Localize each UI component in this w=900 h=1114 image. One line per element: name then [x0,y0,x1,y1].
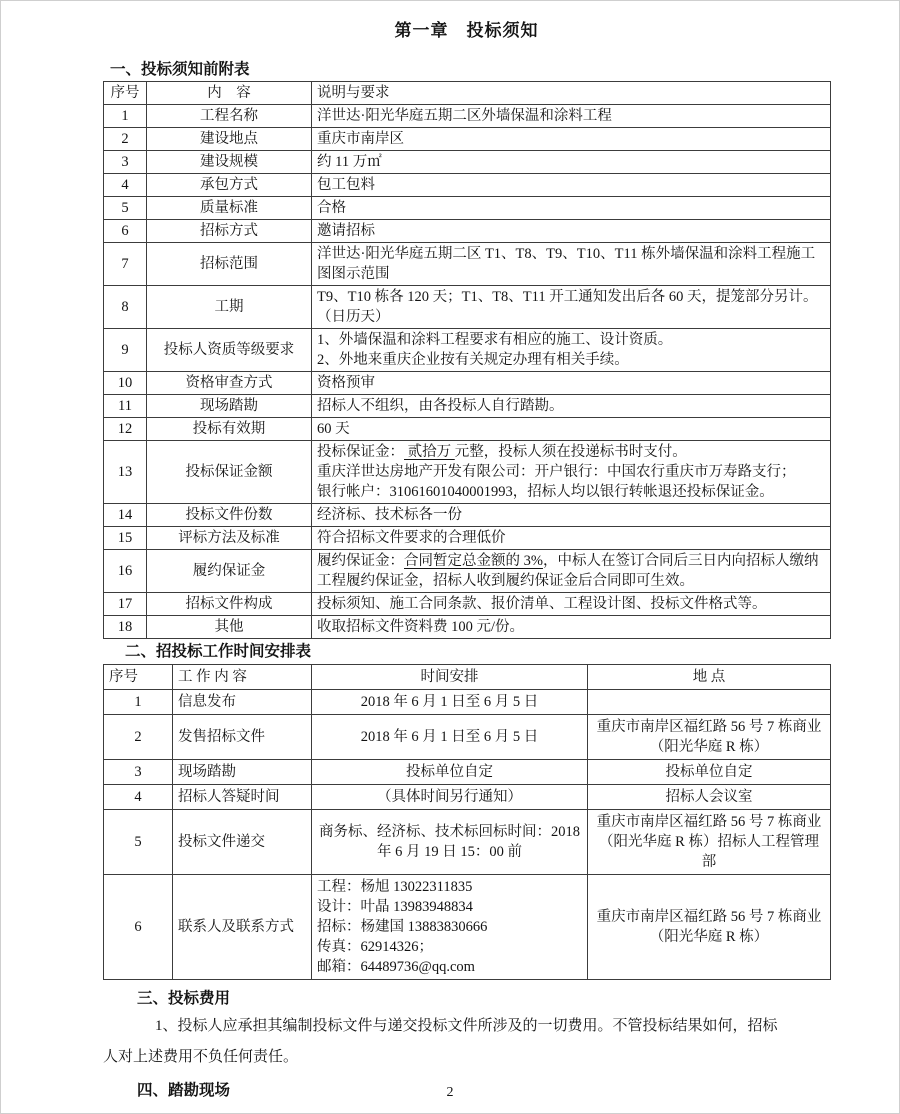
row-item: 承包方式 [147,174,312,197]
col-header-desc: 说明与要求 [312,82,831,105]
row-desc: 邀请招标 [312,220,831,243]
col-header-no: 序号 [104,665,173,690]
row-place: 重庆市南岸区福红路 56 号 7 栋商业（阳光华庭 R 栋）招标人工程管理部 [588,810,831,875]
cell-line: 招标人不组织，由各投标人自行踏勘。 [317,396,825,416]
row-time: 2018 年 6 月 1 日至 6 月 5 日 [312,690,588,715]
row-desc: 洋世达·阳光华庭五期二区 T1、T8、T9、T10、T11 栋外墙保温和涂料工程… [312,243,831,286]
cell-line: 60 天 [317,419,825,439]
schedule-table-row: 6联系人及联系方式工程：杨旭 13022311835设计：叶晶 13983948… [104,875,831,980]
prefix-table-row: 16履约保证金履约保证金：合同暂定总金额的 3%，中标人在签订合同后三日内向招标… [104,550,831,593]
row-number: 15 [104,527,147,550]
row-number: 6 [104,875,173,980]
bid-cost-paragraph-line-1: 1、投标人应承担其编制投标文件与递交投标文件所涉及的一切费用。不管投标结果如何，… [155,1016,830,1036]
row-work: 现场踏勘 [173,760,312,785]
prefix-table-row: 12投标有效期60 天 [104,418,831,441]
row-work: 发售招标文件 [173,715,312,760]
row-number: 3 [104,151,147,174]
cell-line: 投标须知、施工合同条款、报价清单、工程设计图、投标文件格式等。 [317,594,825,614]
row-number: 6 [104,220,147,243]
schedule-table-body: 1信息发布2018 年 6 月 1 日至 6 月 5 日2发售招标文件2018 … [104,690,831,980]
row-time: 投标单位自定 [312,760,588,785]
row-number: 18 [104,616,147,639]
cell-line: 2018 年 6 月 1 日至 6 月 5 日 [317,727,582,747]
row-number: 11 [104,395,147,418]
row-time: 2018 年 6 月 1 日至 6 月 5 日 [312,715,588,760]
row-place: 招标人会议室 [588,785,831,810]
cell-line: 收取招标文件资料费 100 元/份。 [317,617,825,637]
row-number: 9 [104,329,147,372]
row-item: 投标人资质等级要求 [147,329,312,372]
schedule-table-row: 3现场踏勘投标单位自定投标单位自定 [104,760,831,785]
prefix-table-row: 6招标方式邀请招标 [104,220,831,243]
row-number: 5 [104,810,173,875]
row-number: 3 [104,760,173,785]
prefix-table-row: 11现场踏勘招标人不组织，由各投标人自行踏勘。 [104,395,831,418]
row-desc: 洋世达·阳光华庭五期二区外墙保温和涂料工程 [312,105,831,128]
row-time: （具体时间另行通知） [312,785,588,810]
cell-line: 投标保证金： 贰拾万 元整，投标人须在投递标书时支付。 [317,442,825,462]
row-number: 5 [104,197,147,220]
bid-cost-paragraph-line-2: 人对上述费用不负任何责任。 [103,1047,830,1067]
prefix-table-row: 14投标文件份数经济标、技术标各一份 [104,504,831,527]
row-desc: 合格 [312,197,831,220]
cell-line: T9、T10 栋各 120 天；T1、T8、T11 开工通知发出后各 60 天，… [317,287,825,327]
row-item: 建设地点 [147,128,312,151]
cell-line: 重庆洋世达房地产开发有限公司：开户银行：中国农行重庆市万寿路支行； [317,462,825,482]
row-place: 重庆市南岸区福红路 56 号 7 栋商业（阳光华庭 R 栋） [588,875,831,980]
row-work: 投标文件递交 [173,810,312,875]
schedule-table: 序号 工 作 内 容 时间安排 地 点 1信息发布2018 年 6 月 1 日至… [103,664,831,980]
row-desc: T9、T10 栋各 120 天；T1、T8、T11 开工通知发出后各 60 天，… [312,286,831,329]
row-desc: 符合招标文件要求的合理低价 [312,527,831,550]
row-desc: 收取招标文件资料费 100 元/份。 [312,616,831,639]
row-item: 资格审查方式 [147,372,312,395]
prefix-table-row: 8工期T9、T10 栋各 120 天；T1、T8、T11 开工通知发出后各 60… [104,286,831,329]
cell-line: 洋世达·阳光华庭五期二区外墙保温和涂料工程 [317,106,825,126]
col-header-work: 工 作 内 容 [173,665,312,690]
row-number: 14 [104,504,147,527]
cell-line: 设计：叶晶 13983948834 [317,897,582,917]
row-item: 其他 [147,616,312,639]
cell-line: 2018 年 6 月 1 日至 6 月 5 日 [317,692,582,712]
cell-line: 约 11 万㎡ [317,152,825,172]
row-item: 招标文件构成 [147,593,312,616]
row-item: 现场踏勘 [147,395,312,418]
row-number: 10 [104,372,147,395]
row-number: 12 [104,418,147,441]
underlined-value: 合同暂定总金额的 3% [404,553,543,569]
row-desc: 重庆市南岸区 [312,128,831,151]
row-number: 13 [104,441,147,504]
prefix-table-head: 序号 内 容 说明与要求 [104,82,831,105]
cell-line: 银行帐户：31061601040001993，招标人均以银行转帐退还投标保证金。 [317,482,825,502]
row-item: 评标方法及标准 [147,527,312,550]
row-number: 7 [104,243,147,286]
cell-line: 重庆市南岸区福红路 56 号 7 栋商业（阳光华庭 R 栋） [593,717,825,757]
row-item: 投标文件份数 [147,504,312,527]
row-desc: 约 11 万㎡ [312,151,831,174]
prefix-table-row: 10资格审查方式资格预审 [104,372,831,395]
row-item: 投标有效期 [147,418,312,441]
prefix-table-row: 17招标文件构成投标须知、施工合同条款、报价清单、工程设计图、投标文件格式等。 [104,593,831,616]
row-number: 17 [104,593,147,616]
row-number: 2 [104,128,147,151]
row-item: 质量标准 [147,197,312,220]
row-desc: 投标须知、施工合同条款、报价清单、工程设计图、投标文件格式等。 [312,593,831,616]
row-desc: 履约保证金：合同暂定总金额的 3%，中标人在签订合同后三日内向招标人缴纳工程履约… [312,550,831,593]
cell-line: 2、外地来重庆企业按有关规定办理有相关手续。 [317,350,825,370]
row-desc: 60 天 [312,418,831,441]
row-desc: 资格预审 [312,372,831,395]
row-desc: 招标人不组织，由各投标人自行踏勘。 [312,395,831,418]
section-three-heading: 三、投标费用 [137,990,830,1007]
row-item: 工程名称 [147,105,312,128]
cell-line: 招标：杨建国 13883830666 [317,917,582,937]
bid-notice-prefix-table: 序号 内 容 说明与要求 1工程名称洋世达·阳光华庭五期二区外墙保温和涂料工程2… [103,81,831,639]
cell-line: 包工包料 [317,175,825,195]
prefix-table-row: 2建设地点重庆市南岸区 [104,128,831,151]
col-header-time: 时间安排 [312,665,588,690]
row-work: 信息发布 [173,690,312,715]
prefix-table-row: 5质量标准合格 [104,197,831,220]
row-item: 建设规模 [147,151,312,174]
row-number: 1 [104,690,173,715]
schedule-table-row: 2发售招标文件2018 年 6 月 1 日至 6 月 5 日重庆市南岸区福红路 … [104,715,831,760]
row-desc: 投标保证金： 贰拾万 元整，投标人须在投递标书时支付。重庆洋世达房地产开发有限公… [312,441,831,504]
cell-line: 投标单位自定 [317,762,582,782]
prefix-table-row: 13投标保证金额投标保证金： 贰拾万 元整，投标人须在投递标书时支付。重庆洋世达… [104,441,831,504]
cell-line: 重庆市南岸区福红路 56 号 7 栋商业（阳光华庭 R 栋）招标人工程管理部 [593,812,825,872]
row-item: 投标保证金额 [147,441,312,504]
cell-line: 资格预审 [317,373,825,393]
row-item: 招标范围 [147,243,312,286]
prefix-table-header-row: 序号 内 容 说明与要求 [104,82,831,105]
cell-line: 1、外墙保温和涂料工程要求有相应的施工、设计资质。 [317,330,825,350]
row-desc: 包工包料 [312,174,831,197]
cell-line: 招标人会议室 [593,787,825,807]
row-place: 重庆市南岸区福红路 56 号 7 栋商业（阳光华庭 R 栋） [588,715,831,760]
row-number: 8 [104,286,147,329]
prefix-table-row: 3建设规模约 11 万㎡ [104,151,831,174]
row-place [588,690,831,715]
prefix-table-row: 7招标范围洋世达·阳光华庭五期二区 T1、T8、T9、T10、T11 栋外墙保温… [104,243,831,286]
cell-line: 重庆市南岸区福红路 56 号 7 栋商业（阳光华庭 R 栋） [593,907,825,947]
cell-line: 商务标、经济标、技术标回标时间：2018 年 6 月 19 日 15：00 前 [317,822,582,862]
row-work: 联系人及联系方式 [173,875,312,980]
cell-line: 工程：杨旭 13022311835 [317,877,582,897]
cell-line: 符合招标文件要求的合理低价 [317,528,825,548]
row-number: 16 [104,550,147,593]
cell-line: 洋世达·阳光华庭五期二区 T1、T8、T9、T10、T11 栋外墙保温和涂料工程… [317,244,825,284]
cell-line: 投标单位自定 [593,762,825,782]
row-item: 招标方式 [147,220,312,243]
cell-line: 传真：62914326； [317,937,582,957]
cell-line: 履约保证金：合同暂定总金额的 3%，中标人在签订合同后三日内向招标人缴纳工程履约… [317,551,825,591]
underlined-value: 贰拾万 [404,444,455,460]
row-number: 4 [104,174,147,197]
schedule-table-row: 4招标人答疑时间（具体时间另行通知）招标人会议室 [104,785,831,810]
col-header-item: 内 容 [147,82,312,105]
row-number: 2 [104,715,173,760]
schedule-table-row: 1信息发布2018 年 6 月 1 日至 6 月 5 日 [104,690,831,715]
row-item: 工期 [147,286,312,329]
section-two-heading: 二、招投标工作时间安排表 [125,643,830,660]
section-one-heading: 一、投标须知前附表 [110,61,830,78]
schedule-table-header-row: 序号 工 作 内 容 时间安排 地 点 [104,665,831,690]
cell-line: 经济标、技术标各一份 [317,505,825,525]
cell-line: 合格 [317,198,825,218]
prefix-table-row: 9投标人资质等级要求1、外墙保温和涂料工程要求有相应的施工、设计资质。2、外地来… [104,329,831,372]
chapter-title: 第一章 投标须知 [103,22,830,40]
cell-line: 重庆市南岸区 [317,129,825,149]
page-content: 第一章 投标须知 一、投标须知前附表 序号 内 容 说明与要求 1工程名称洋世达… [1,22,899,1099]
row-number: 4 [104,785,173,810]
schedule-table-row: 5投标文件递交商务标、经济标、技术标回标时间：2018 年 6 月 19 日 1… [104,810,831,875]
row-number: 1 [104,105,147,128]
row-desc: 经济标、技术标各一份 [312,504,831,527]
prefix-table-row: 4承包方式包工包料 [104,174,831,197]
row-item: 履约保证金 [147,550,312,593]
row-work: 招标人答疑时间 [173,785,312,810]
prefix-table-body: 1工程名称洋世达·阳光华庭五期二区外墙保温和涂料工程2建设地点重庆市南岸区3建设… [104,105,831,639]
text-segment: 履约保证金： [317,553,404,569]
cell-line: 邮箱：64489736@qq.com [317,957,582,977]
col-header-no: 序号 [104,82,147,105]
page-number: 2 [1,1085,899,1101]
cell-line: 邀请招标 [317,221,825,241]
col-header-place: 地 点 [588,665,831,690]
cell-line: （具体时间另行通知） [317,787,582,807]
text-segment: 元整，投标人须在投递标书时支付。 [455,444,687,460]
prefix-table-row: 18其他收取招标文件资料费 100 元/份。 [104,616,831,639]
row-place: 投标单位自定 [588,760,831,785]
schedule-table-head: 序号 工 作 内 容 时间安排 地 点 [104,665,831,690]
text-segment: 投标保证金： [317,444,404,460]
row-time: 商务标、经济标、技术标回标时间：2018 年 6 月 19 日 15：00 前 [312,810,588,875]
row-time: 工程：杨旭 13022311835设计：叶晶 13983948834招标：杨建国… [312,875,588,980]
document-page: 第一章 投标须知 一、投标须知前附表 序号 内 容 说明与要求 1工程名称洋世达… [0,0,900,1114]
prefix-table-row: 1工程名称洋世达·阳光华庭五期二区外墙保温和涂料工程 [104,105,831,128]
prefix-table-row: 15评标方法及标准符合招标文件要求的合理低价 [104,527,831,550]
row-desc: 1、外墙保温和涂料工程要求有相应的施工、设计资质。2、外地来重庆企业按有关规定办… [312,329,831,372]
